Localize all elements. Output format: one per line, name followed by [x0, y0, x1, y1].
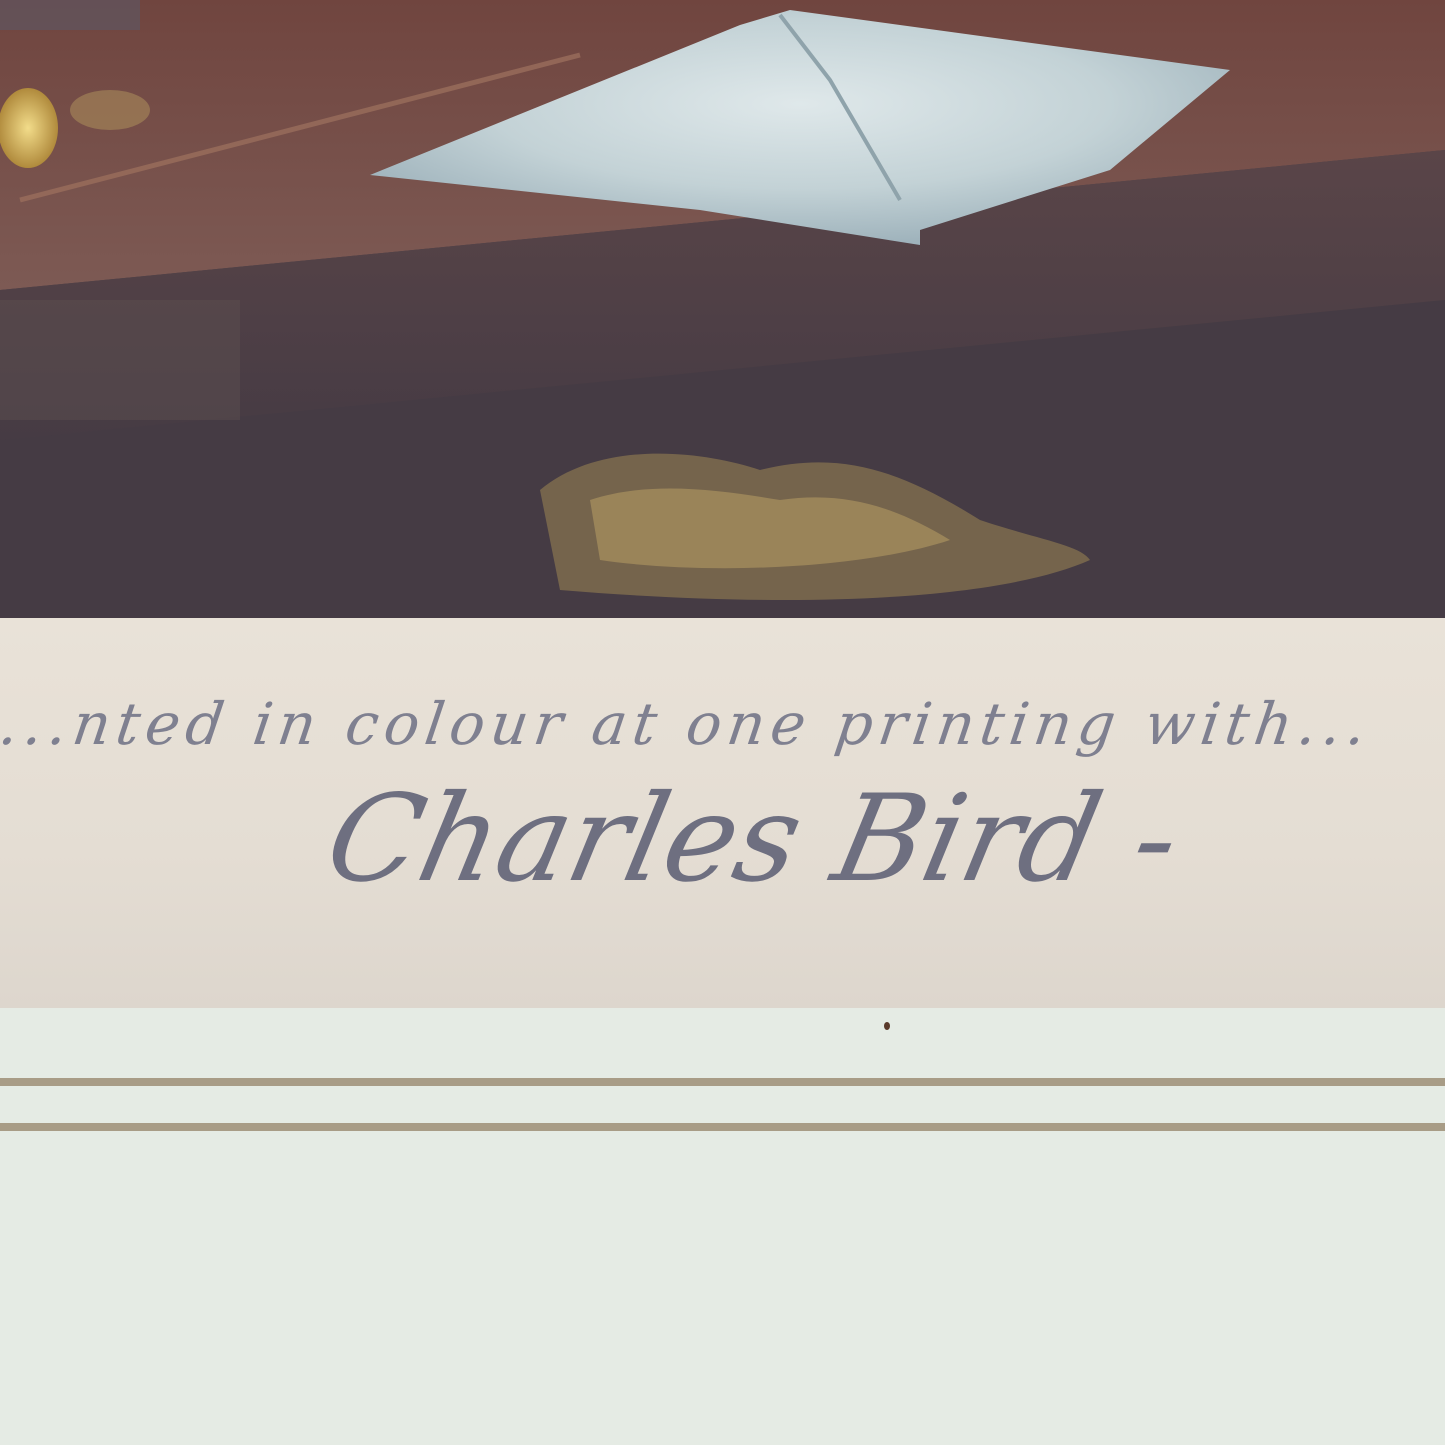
pencil-inscription: ...nted in colour at one printing with..…	[0, 690, 1376, 758]
print-image-area	[0, 0, 1445, 618]
dust-speck	[884, 1022, 890, 1030]
mat-board	[0, 1008, 1445, 1445]
still-life-painting	[0, 0, 1445, 618]
mat-rule-line-1	[0, 1078, 1445, 1086]
mat-rule-line-2	[0, 1123, 1445, 1131]
artist-signature: Charles Bird -	[315, 770, 1191, 909]
